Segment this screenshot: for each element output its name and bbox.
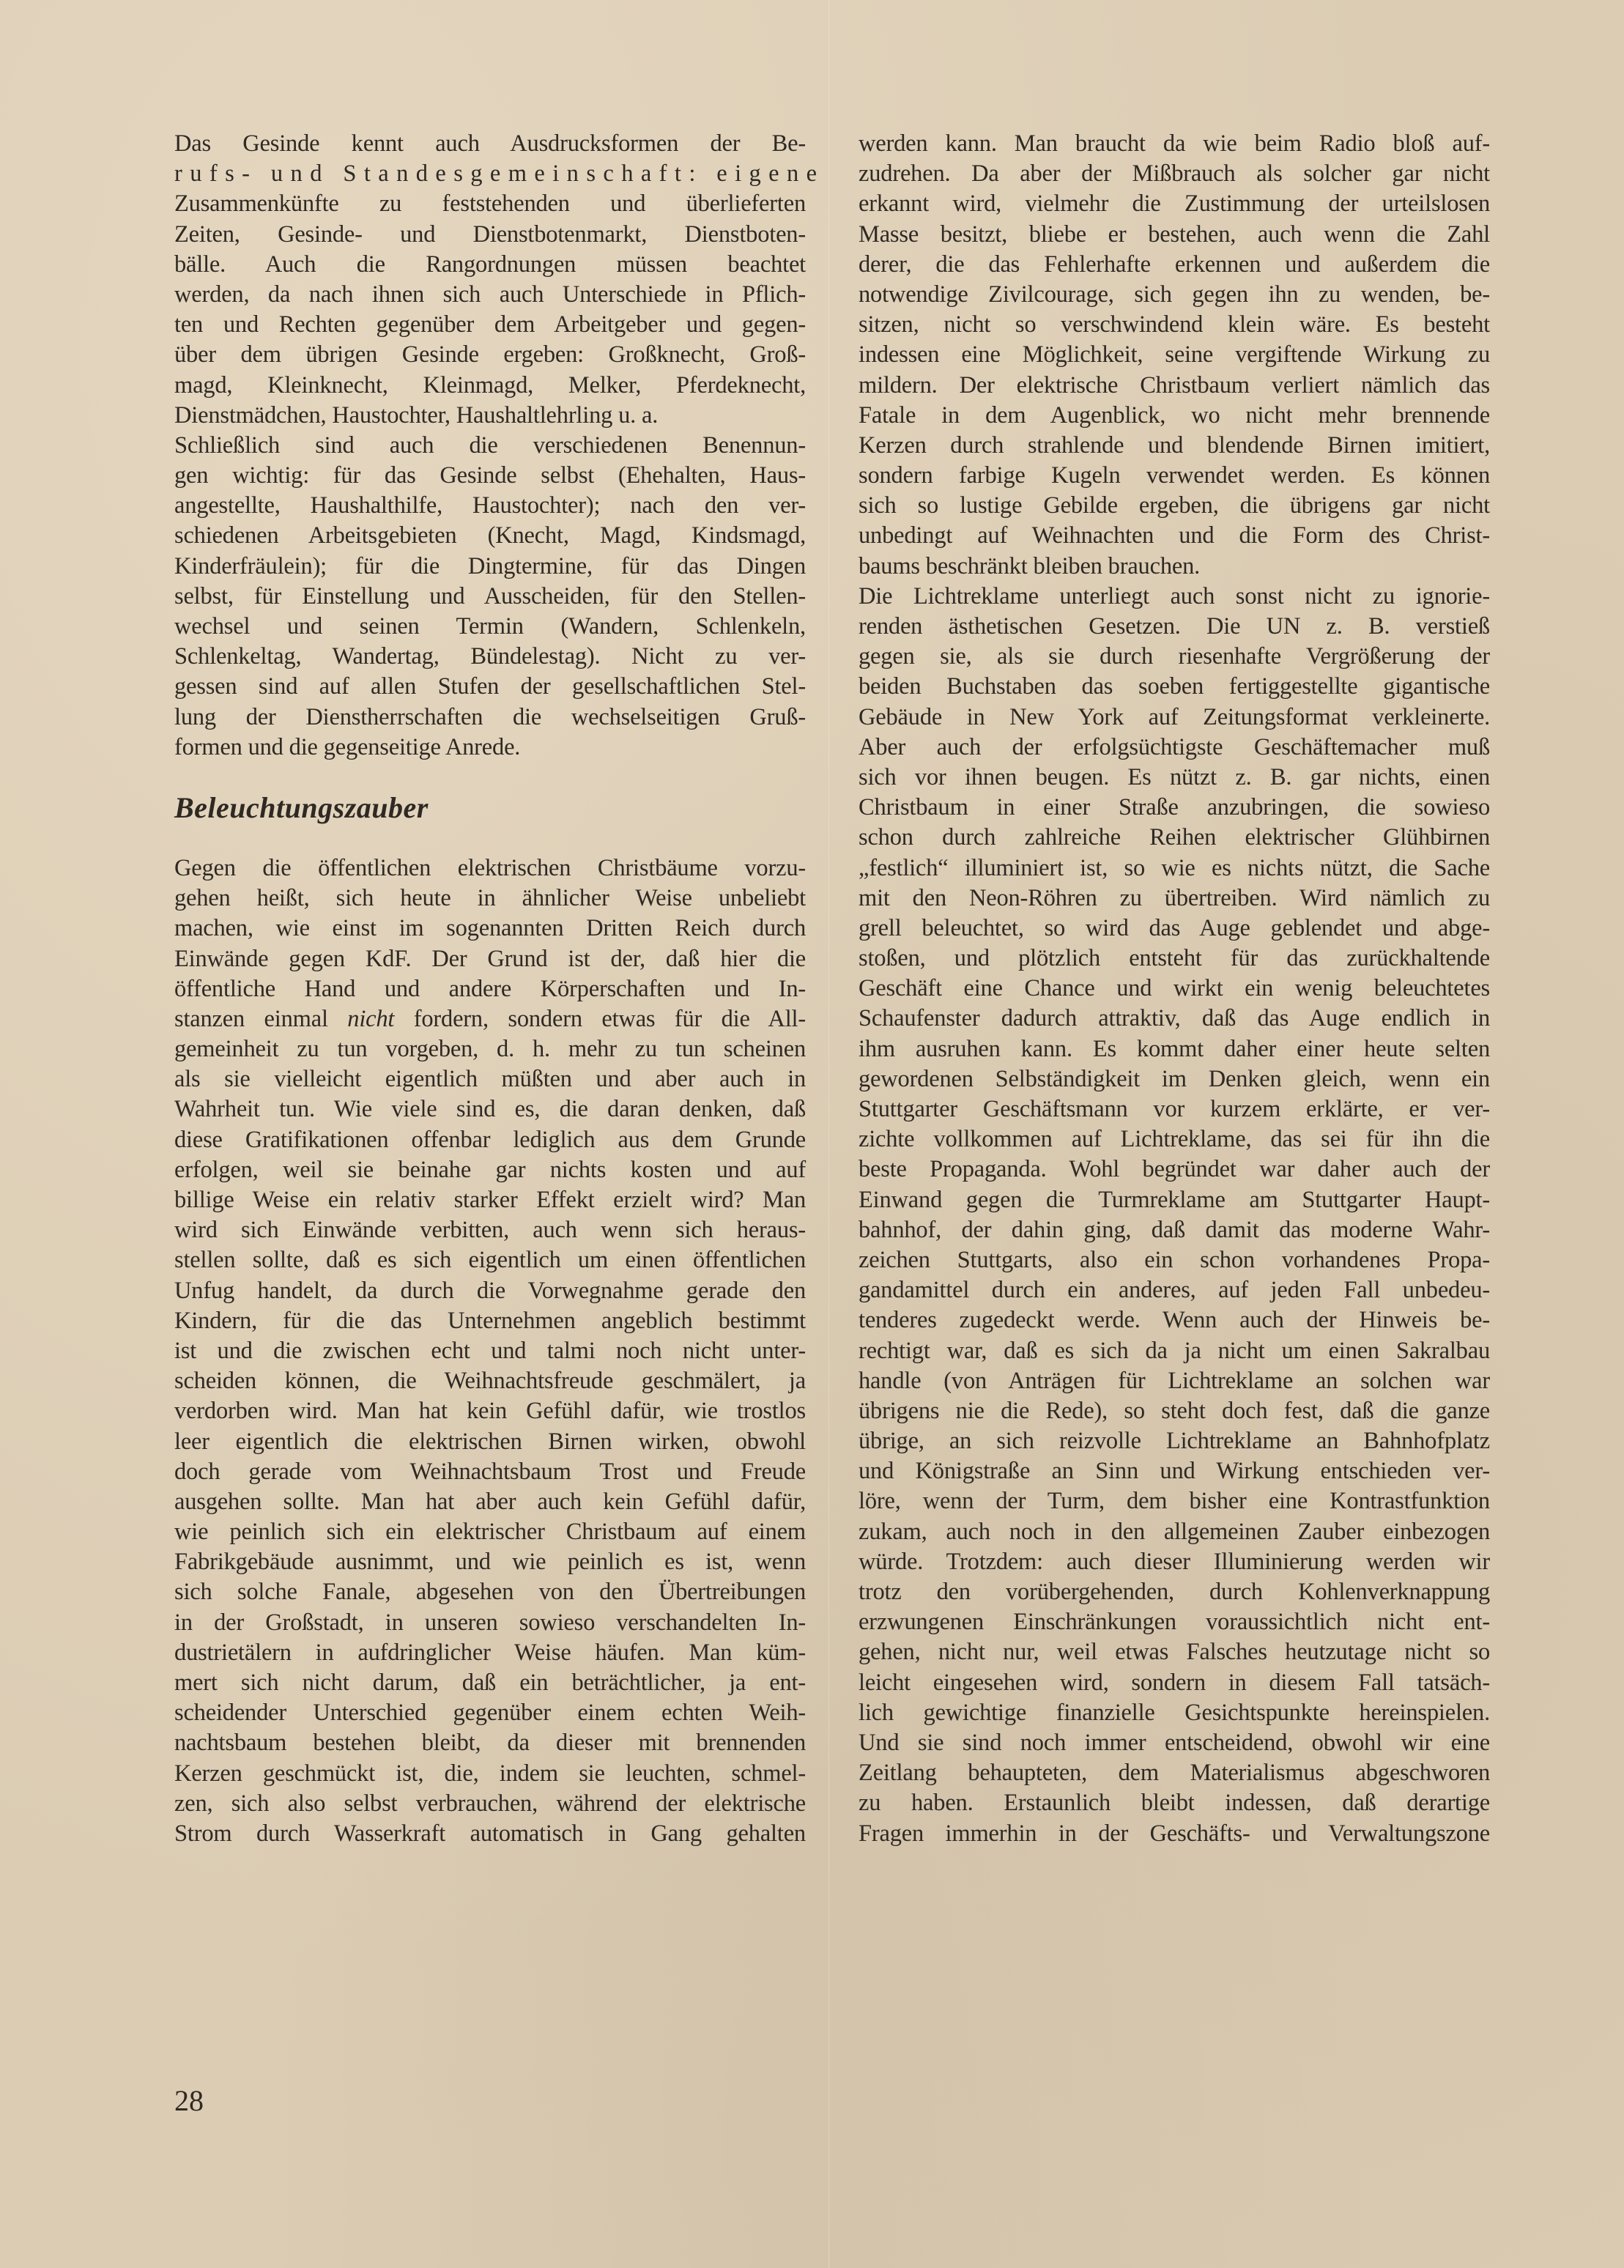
text-line: Aber auch der erfolgsüchtigste Geschäfte… (859, 733, 1490, 763)
text-line: baums beschränkt bleiben brauchen. (859, 552, 1490, 582)
text-line: Wahrheit tun. Wie viele sind es, die dar… (174, 1094, 806, 1124)
text-line: sich vor ihnen beugen. Es nützt z. B. ga… (859, 763, 1490, 793)
text-line: selbst, für Einstellung und Ausscheiden,… (174, 582, 806, 612)
text-line: doch gerade vom Weihnachtsbaum Trost und… (174, 1457, 806, 1487)
text-line: zen, sich also selbst verbrauchen, währe… (174, 1789, 806, 1819)
text-line: werden, da nach ihnen sich auch Untersch… (174, 280, 806, 310)
text-line: formen und die gegenseitige Anrede. (174, 733, 806, 763)
text-line: über dem übrigen Gesinde ergeben: Großkn… (174, 340, 806, 370)
text-line: Das Gesinde kennt auch Ausdrucksformen d… (174, 129, 806, 159)
text-line-with-emphasis: stanzen einmal nicht fordern, sondern et… (174, 1004, 806, 1034)
text-line: Gebäude in New York auf Zeitungsformat v… (859, 703, 1490, 733)
text-line: mert sich nicht darum, daß ein beträchtl… (174, 1668, 806, 1698)
text-line: ist und die zwischen echt und talmi noch… (174, 1336, 806, 1366)
text-line: gehen, nicht nur, weil etwas Falsches he… (859, 1637, 1490, 1667)
text-line: bahnhof, der dahin ging, daß damit das m… (859, 1215, 1490, 1245)
text-line: machen, wie einst im sogenannten Dritten… (174, 913, 806, 944)
text-line: leicht eingesehen wird, sondern in diese… (859, 1668, 1490, 1698)
text-line: zudrehen. Da aber der Mißbrauch als solc… (859, 159, 1490, 189)
text-line: gen wichtig: für das Gesinde selbst (Ehe… (174, 461, 806, 491)
paragraph-beleuchtungszauber: Gegen die öffentlichen elektrischen Chri… (174, 853, 806, 1849)
text-line: wie peinlich sich ein elektrischer Chris… (174, 1517, 806, 1547)
text-line: übrigens nie die Rede), so steht doch fe… (859, 1396, 1490, 1426)
paragraph-missbrauch: werden kann. Man braucht da wie beim Rad… (859, 129, 1490, 582)
text-line: gessen sind auf allen Stufen der gesells… (174, 672, 806, 702)
text-line: sich so lustige Gebilde ergeben, die übr… (859, 491, 1490, 521)
text-line: indessen eine Möglichkeit, seine vergift… (859, 340, 1490, 370)
page-number: 28 (174, 2085, 204, 2117)
text-line: notwendige Zivilcourage, sich gegen ihn … (859, 280, 1490, 310)
text-line: erfolgen, weil sie beinahe gar nichts ko… (174, 1155, 806, 1185)
right-column: werden kann. Man braucht da wie beim Rad… (859, 129, 1490, 1849)
text-line: Unfug handelt, da durch die Vorwegnahme … (174, 1276, 806, 1306)
text-line: stellen sollte, daß es sich eigentlich u… (174, 1245, 806, 1275)
text-line: Zeiten, Gesinde- und Dienstbotenmarkt, D… (174, 220, 806, 250)
text-line: Die Lichtreklame unterliegt auch sonst n… (859, 582, 1490, 612)
text-line: grell beleuchtet, so wird das Auge geble… (859, 913, 1490, 944)
magazine-page: Das Gesinde kennt auch Ausdrucksformen d… (0, 0, 1624, 2268)
text-line: stoßen, und plötzlich entsteht für das z… (859, 944, 1490, 974)
text-line: Schlenkeltag, Wandertag, Bündelestag). N… (174, 642, 806, 672)
text-line: leer eigentlich die elektrischen Birnen … (174, 1427, 806, 1457)
text-line: Schaufenster dadurch attraktiv, daß das … (859, 1004, 1490, 1034)
text-line: tenderes zugedeckt werde. Wenn auch der … (859, 1305, 1490, 1335)
text-line: Kerzen geschmückt ist, die, indem sie le… (174, 1759, 806, 1789)
text-line: ausgehen sollte. Man hat aber auch kein … (174, 1487, 806, 1517)
text-line: Gegen die öffentlichen elektrischen Chri… (174, 853, 806, 883)
text-line: Masse besitzt, bliebe er bestehen, auch … (859, 220, 1490, 250)
text-line: Zeitlang behaupteten, dem Materialismus … (859, 1758, 1490, 1788)
text-line: mildern. Der elektrische Christbaum verl… (859, 371, 1490, 401)
text-line: Und sie sind noch immer entscheidend, ob… (859, 1728, 1490, 1758)
text-line: magd, Kleinknecht, Kleinmagd, Melker, Pf… (174, 371, 806, 401)
text-line: Kinderfräulein); für die Dingtermine, fü… (174, 552, 806, 582)
text-line: wird sich Einwände verbitten, auch wenn … (174, 1215, 806, 1245)
text-line: zu haben. Erstaunlich bleibt indessen, d… (859, 1788, 1490, 1818)
text-line: sich solche Fanale, abgesehen von den Üb… (174, 1577, 806, 1607)
text-line: renden ästhetischen Gesetzen. Die UN z. … (859, 612, 1490, 642)
text-line: unbedingt auf Weihnachten und die Form d… (859, 521, 1490, 551)
text-line: übrige, an sich reizvolle Lichtreklame a… (859, 1426, 1490, 1456)
text-line: verdorben wird. Man hat kein Gefühl dafü… (174, 1396, 806, 1426)
text-line: Strom durch Wasserkraft automatisch in G… (174, 1819, 806, 1849)
page-fold-line (828, 0, 829, 2268)
text-line: gegen sie, als sie durch riesenhafte Ver… (859, 642, 1490, 672)
text-line: wechsel und seinen Termin (Wandern, Schl… (174, 612, 806, 642)
text-line: scheiden können, die Weihnachtsfreude ge… (174, 1366, 806, 1396)
text-line: rechtigt war, daß es sich da ja nicht um… (859, 1336, 1490, 1366)
text-line: erzwungenen Einschränkungen voraussichtl… (859, 1607, 1490, 1637)
emphasis-text: nicht (347, 1006, 394, 1032)
text-line: zichte vollkommen auf Lichtreklame, das … (859, 1124, 1490, 1155)
text-line: Christbaum in einer Straße anzubringen, … (859, 793, 1490, 823)
text-line: Fatale in dem Augenblick, wo nicht mehr … (859, 401, 1490, 431)
text-line: trotz den vorübergehenden, durch Kohlenv… (859, 1577, 1490, 1607)
text-line: beiden Buchstaben das soeben fertiggeste… (859, 672, 1490, 702)
text-line: mit den Neon-Röhren zu übertreiben. Wird… (859, 883, 1490, 913)
text-line: Fabrikgebäude ausnimmt, und wie peinlich… (174, 1547, 806, 1577)
text-line: gemeinheit zu tun vorgeben, d. h. mehr z… (174, 1034, 806, 1064)
text-line: gandamittel durch ein anderes, auf jeden… (859, 1275, 1490, 1305)
text-line: Geschäft eine Chance und wirkt ein wenig… (859, 974, 1490, 1004)
section-heading: Beleuchtungszauber (174, 789, 806, 827)
text-line: derer, die das Fehlerhafte erkennen und … (859, 250, 1490, 280)
text-line: zeichen Stuttgarts, also ein schon vorha… (859, 1245, 1490, 1275)
text-line: Einwand gegen die Turmreklame am Stuttga… (859, 1185, 1490, 1215)
text-line: lich gewichtige finanzielle Gesichtspunk… (859, 1698, 1490, 1728)
text-line: schon durch zahlreiche Reihen elektrisch… (859, 823, 1490, 853)
text-line: erkannt wird, vielmehr die Zustimmung de… (859, 189, 1490, 219)
text-line: Einwände gegen KdF. Der Grund ist der, d… (174, 944, 806, 974)
text-line: gehen heißt, sich heute in ähnlicher Wei… (174, 883, 806, 913)
text-line: Dienstmädchen, Haustochter, Haushaltlehr… (174, 401, 806, 431)
text-line: Kerzen durch strahlende und blendende Bi… (859, 431, 1490, 461)
text-line: Stuttgarter Geschäftsmann vor kurzem erk… (859, 1094, 1490, 1124)
text-line: werden kann. Man braucht da wie beim Rad… (859, 129, 1490, 159)
text-line: billige Weise ein relativ starker Effekt… (174, 1185, 806, 1215)
text-line: und Königstraße an Sinn und Wirkung ents… (859, 1456, 1490, 1486)
text-line: „festlich“ illuminiert ist, so wie es ni… (859, 853, 1490, 883)
text-line: Zusammenkünfte zu feststehenden und über… (174, 189, 806, 219)
text-line: würde. Trotzdem: auch dieser Illuminieru… (859, 1547, 1490, 1577)
paragraph-benennungen: Schließlich sind auch die verschiedenen … (174, 431, 806, 763)
text-line: Schließlich sind auch die verschiedenen … (174, 431, 806, 461)
text-line: handle (von Anträgen für Lichtreklame an… (859, 1366, 1490, 1396)
text-line: schiedenen Arbeitsgebieten (Knecht, Magd… (174, 521, 806, 551)
text-line: zukam, auch noch in den allgemeinen Zaub… (859, 1517, 1490, 1547)
text-line: beste Propaganda. Wohl begründet war dah… (859, 1155, 1490, 1185)
text-line: in der Großstadt, in unseren sowieso ver… (174, 1608, 806, 1638)
text-line: sitzen, nicht so verschwindend klein wär… (859, 310, 1490, 340)
text-line: angestellte, Haushalthilfe, Haustochter)… (174, 491, 806, 521)
paragraph-lichtreklame: Die Lichtreklame unterliegt auch sonst n… (859, 582, 1490, 1849)
text-line: dustrietälern in aufdringlicher Weise hä… (174, 1638, 806, 1668)
text-line: rufs- und Standesgemeinschaft: eigene (174, 159, 806, 189)
text-line: scheidender Unterschied gegenüber einem … (174, 1698, 806, 1728)
text-line: öffentliche Hand und andere Körperschaft… (174, 974, 806, 1004)
text-line: ihm ausruhen kann. Es kommt daher einer … (859, 1034, 1490, 1064)
text-line: gewordenen Selbständigkeit im Denken gle… (859, 1064, 1490, 1094)
text-line: sondern farbige Kugeln verwendet werden.… (859, 461, 1490, 491)
left-column: Das Gesinde kennt auch Ausdrucksformen d… (174, 129, 806, 1849)
text-line: diese Gratifikationen offenbar lediglich… (174, 1125, 806, 1155)
paragraph-gesinde-ausdrucksformen: Das Gesinde kennt auch Ausdrucksformen d… (174, 129, 806, 431)
text-line: lung der Dienstherrschaften die wechsels… (174, 703, 806, 733)
text-line: nachtsbaum bestehen bleibt, da dieser mi… (174, 1728, 806, 1758)
text-line: löre, wenn der Turm, dem bisher eine Kon… (859, 1486, 1490, 1516)
text-line: als sie vielleicht eigentlich müßten und… (174, 1064, 806, 1094)
text-line: Kindern, für die das Unternehmen angebli… (174, 1306, 806, 1336)
text-line: Fragen immerhin in der Geschäfts- und Ve… (859, 1819, 1490, 1849)
text-line: bälle. Auch die Rangordnungen müssen bea… (174, 250, 806, 280)
text-line: ten und Rechten gegenüber dem Arbeitgebe… (174, 310, 806, 340)
